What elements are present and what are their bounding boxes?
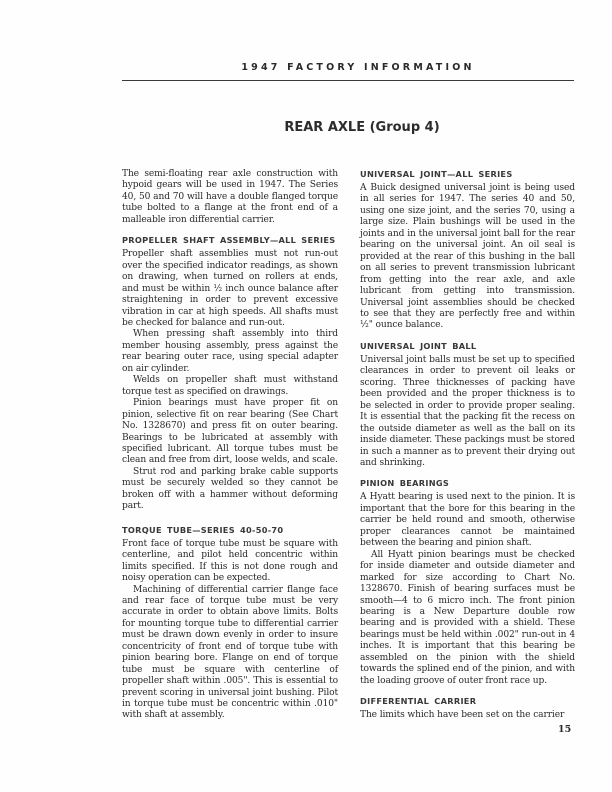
paragraph: The limits which have been set on the ca…: [360, 710, 575, 721]
page-number: 15: [558, 724, 571, 735]
section-heading-pinion-bearings: PINION BEARINGS: [360, 478, 575, 488]
paragraph: A Hyatt bearing is used next to the pini…: [360, 492, 575, 549]
paragraph: Pinion bearings must have proper fit on …: [122, 398, 338, 467]
section-heading-universal-joint: UNIVERSAL JOINT—ALL SERIES: [360, 169, 575, 179]
paragraph: Front face of torque tube must be square…: [122, 539, 338, 585]
right-column: UNIVERSAL JOINT—ALL SERIES A Buick desig…: [360, 169, 575, 722]
paragraph: Machining of differential carrier flange…: [122, 585, 338, 722]
paragraph: All Hyatt pinion bearings must be checke…: [360, 550, 575, 687]
header-rule: [122, 80, 574, 81]
section-heading-universal-joint-ball: UNIVERSAL JOINT BALL: [360, 341, 575, 351]
section-heading-torque-tube: TORQUE TUBE—SERIES 40-50-70: [122, 525, 338, 535]
section-heading-propeller-shaft: PROPELLER SHAFT ASSEMBLY—ALL SERIES: [122, 235, 338, 245]
page-title: REAR AXLE (Group 4): [122, 120, 588, 135]
left-column: The semi-floating rear axle construction…: [122, 169, 338, 722]
paragraph: Universal joint balls must be set up to …: [360, 355, 575, 470]
paragraph: A Buick designed universal joint is bein…: [360, 183, 575, 332]
paragraph: Welds on propeller shaft must withstand …: [122, 375, 338, 398]
section-heading-differential-carrier: DIFFERENTIAL CARRIER: [360, 696, 575, 706]
paragraph: Strut rod and parking brake cable suppor…: [122, 467, 338, 513]
document-page: 1947 FACTORY INFORMATION REAR AXLE (Grou…: [0, 0, 612, 792]
running-head: 1947 FACTORY INFORMATION: [122, 62, 584, 73]
paragraph: When pressing shaft assembly into third …: [122, 329, 338, 375]
paragraph: Propeller shaft assemblies must not run-…: [122, 249, 338, 329]
intro-paragraph: The semi-floating rear axle construction…: [122, 169, 338, 226]
